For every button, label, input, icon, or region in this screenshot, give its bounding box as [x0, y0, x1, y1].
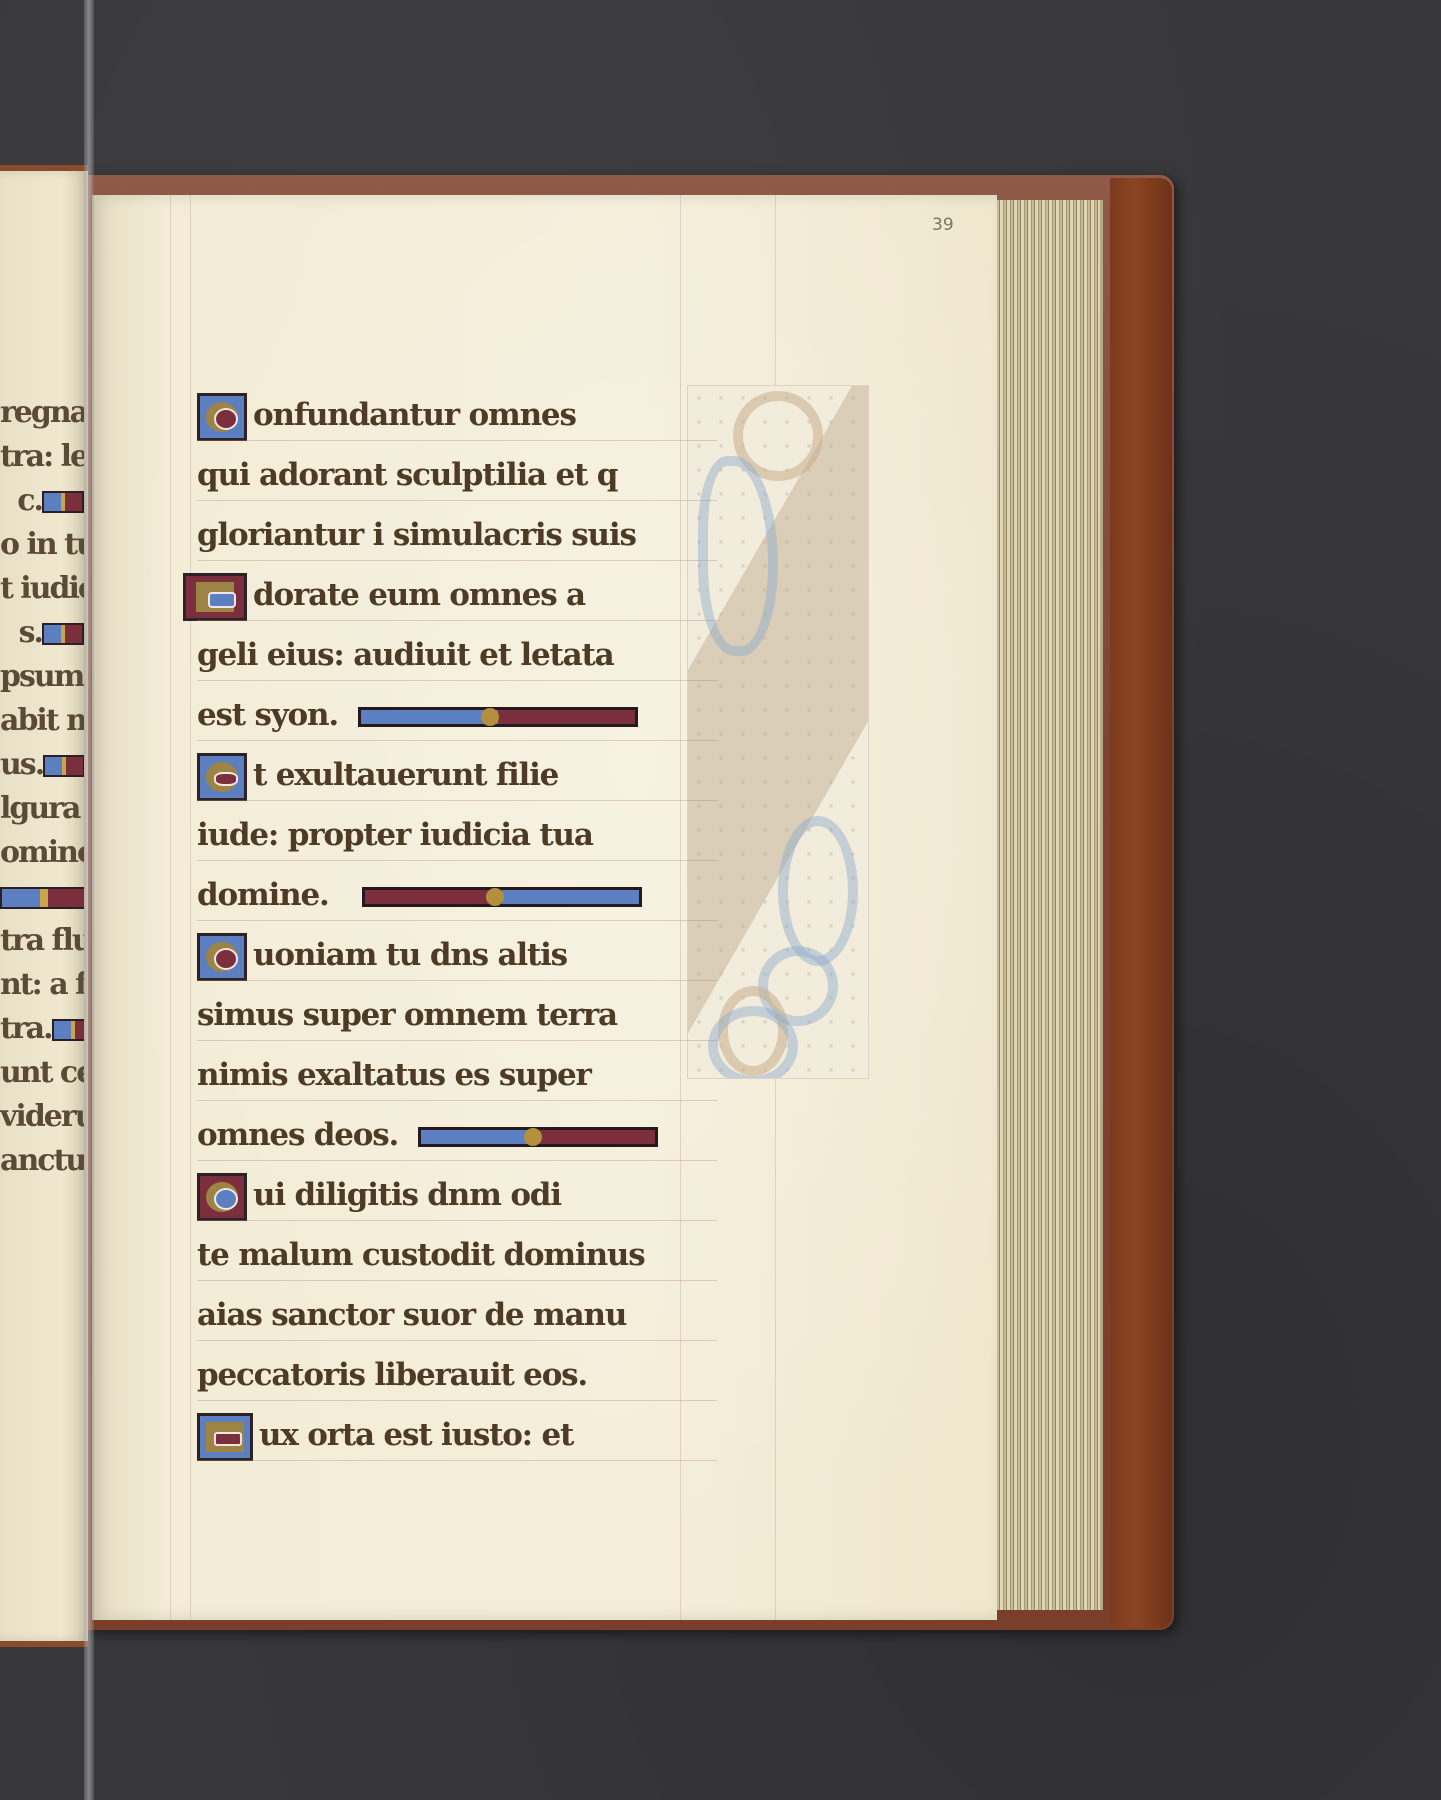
left-line: tra.	[0, 1007, 84, 1051]
line-filler	[42, 491, 84, 513]
acanthus-scroll	[708, 1006, 798, 1079]
left-line: psum pe	[0, 655, 84, 699]
left-line: unt cel	[0, 1051, 84, 1095]
line-filler	[362, 887, 642, 907]
text-line: domine.	[197, 865, 697, 925]
left-line: c.	[0, 479, 84, 523]
text-line: uoniam tu dns altis	[197, 925, 697, 985]
text-line: te malum custodit dominus	[197, 1225, 697, 1285]
initial-l	[197, 1413, 253, 1461]
left-line: tra flu	[0, 919, 84, 963]
initial-a	[183, 573, 247, 621]
folio-number: 39	[932, 215, 954, 235]
text-line: gloriantur i simulacris suis	[197, 505, 697, 565]
left-line: s.	[0, 611, 84, 655]
text-line: omnes deos.	[197, 1105, 697, 1165]
page-edges	[990, 200, 1103, 1610]
acanthus-leaf	[778, 816, 858, 966]
ruling-line	[190, 195, 191, 1620]
left-facing-page: regnau tra: leta c. o in tua t iudicia s…	[0, 165, 88, 1647]
text-line: ui diligitis dnm odi	[197, 1165, 697, 1225]
line-filler	[52, 1019, 84, 1041]
border-decoration	[687, 385, 869, 1079]
initial-q	[197, 933, 247, 981]
left-line: lgura a	[0, 787, 84, 831]
left-line: viderunt	[0, 1095, 84, 1139]
line-filler	[42, 623, 84, 645]
text-line: est syon.	[197, 685, 697, 745]
left-line: regnau	[0, 391, 84, 435]
left-line: tra: leta	[0, 435, 84, 479]
left-line: abit ma	[0, 699, 84, 743]
text-line: ux orta est iusto: et	[197, 1405, 697, 1465]
text-line: onfundantur omnes	[197, 385, 697, 445]
text-line: qui adorant sculptilia et q	[197, 445, 697, 505]
text-line: aias sanctor suor de manu	[197, 1285, 697, 1345]
initial-q-second	[197, 1173, 247, 1221]
text-line: peccatoris liberauit eos.	[197, 1345, 697, 1405]
left-line: nt: a fa	[0, 963, 84, 1007]
cover-edge-right	[1110, 178, 1172, 1628]
line-filler	[418, 1127, 658, 1147]
text-line: geli eius: audiuit et letata	[197, 625, 697, 685]
line-filler	[0, 887, 84, 909]
text-line: t exultauerunt filie	[197, 745, 697, 805]
initial-c	[197, 393, 247, 441]
manuscript-page: 39 onfundantur omnes qui adorant sculpti…	[92, 195, 997, 1620]
text-line: dorate eum omnes a	[197, 565, 697, 625]
left-line: omino	[0, 831, 84, 875]
left-line: t iudicia	[0, 567, 84, 611]
text-line: simus super omnem terra	[197, 985, 697, 1045]
ruling-line	[170, 195, 171, 1620]
left-line: o in tua	[0, 523, 84, 567]
left-line: us.	[0, 743, 84, 787]
left-line: anctus.	[0, 1139, 84, 1183]
text-line: nimis exaltatus es super	[197, 1045, 697, 1105]
left-page-text: regnau tra: leta c. o in tua t iudicia s…	[0, 391, 84, 1183]
left-line	[0, 875, 84, 919]
line-filler	[358, 707, 638, 727]
glass-page-weight	[84, 0, 94, 1800]
text-block: onfundantur omnes qui adorant sculptilia…	[197, 385, 697, 1465]
initial-e	[197, 753, 247, 801]
text-line: iude: propter iudicia tua	[197, 805, 697, 865]
line-filler	[43, 755, 84, 777]
